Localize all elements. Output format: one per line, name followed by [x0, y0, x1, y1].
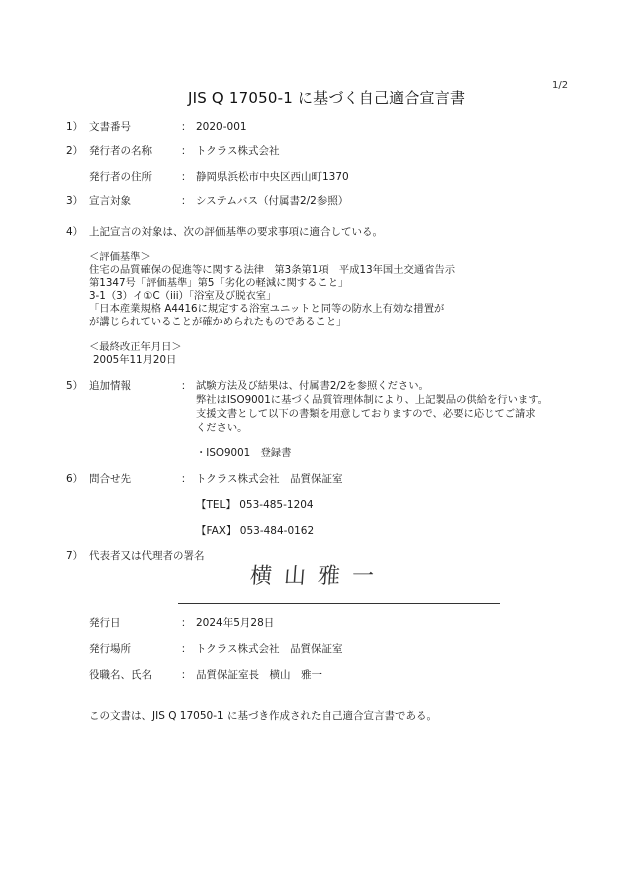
contact-tel: 【TEL】 053-485-1204 — [196, 499, 314, 512]
section-1-colon: ： — [181, 121, 192, 134]
criteria-line: 住宅の品質確保の促進等に関する法律 第3条第1項 平成13年国土交通省告示 — [89, 264, 455, 277]
section-5-number: 5） — [66, 380, 83, 393]
issuer-address-value: 静岡県浜松市中央区西山町1370 — [196, 171, 349, 184]
declaration-target-value: システムバス（付属書2/2参照） — [196, 195, 348, 208]
position-name-label: 役職名、氏名 — [89, 669, 152, 682]
section-7-number: 7） — [66, 550, 83, 563]
signature-line — [178, 603, 500, 604]
section-5-label: 追加情報 — [89, 380, 131, 393]
issue-place-colon: ： — [181, 643, 192, 656]
document-number-value: 2020-001 — [196, 121, 247, 134]
section-6-colon: ： — [181, 473, 192, 486]
section-1-label: 文書番号 — [89, 121, 131, 134]
page-number: 1/2 — [552, 79, 568, 92]
additional-info-line: 支援文書として以下の書類を用意しておりますので、必要に応じてご請求 — [196, 408, 536, 421]
section-2-number: 2） — [66, 145, 83, 158]
issuer-name-value: トクラス株式会社 — [196, 145, 279, 158]
issue-date-colon: ： — [181, 617, 192, 630]
issue-place-value: トクラス株式会社 品質保証室 — [196, 643, 342, 656]
criteria-heading: ＜評価基準＞ — [89, 251, 151, 264]
criteria-line: 3-1（3）イ①C（iii）「浴室及び脱衣室」 — [89, 290, 276, 303]
section-2-label: 発行者の名称 — [89, 145, 152, 158]
section-6-number: 6） — [66, 473, 83, 486]
criteria-line: 第1347号「評価基準」第5「劣化の軽減に関すること」 — [89, 277, 348, 290]
position-name-value: 品質保証室長 横山 雅一 — [196, 669, 322, 682]
additional-info-line: ください。 — [196, 422, 247, 435]
revision-heading: ＜最終改正年月日＞ — [89, 341, 182, 354]
section-2-colon: ： — [181, 145, 192, 158]
iso-registration-bullet: ・ISO9001 登録書 — [196, 447, 291, 460]
revision-date: 2005年11月20日 — [93, 354, 176, 367]
document-title: JIS Q 17050-1 に基づく自己適合宣言書 — [188, 92, 465, 105]
issuer-address-label: 発行者の住所 — [89, 171, 152, 184]
section-4-number: 4） — [66, 226, 83, 239]
section-5-colon: ： — [181, 380, 192, 393]
issue-place-label: 発行場所 — [89, 643, 131, 656]
footer-statement: この文書は、JIS Q 17050-1 に基づき作成された自己適合宣言書である。 — [89, 710, 437, 723]
contact-name-value: トクラス株式会社 品質保証室 — [196, 473, 342, 486]
section-6-label: 問合せ先 — [89, 473, 131, 486]
position-name-colon: ： — [181, 669, 192, 682]
issuer-address-colon: ： — [181, 171, 192, 184]
criteria-line: が講じられていることが確かめられたものであること」 — [89, 316, 346, 329]
additional-info-line: 弊社はISO9001に基づく品質管理体制により、上記製品の供給を行います。 — [196, 394, 548, 407]
section-3-colon: ： — [181, 195, 192, 208]
criteria-line: 「日本産業規格 A4416に規定する浴室ユニットと同等の防水上有効な措置が — [89, 303, 444, 316]
handwritten-signature: 横山雅一 — [250, 570, 387, 583]
section-1-number: 1） — [66, 121, 83, 134]
issue-date-label: 発行日 — [89, 617, 121, 630]
section-4-text: 上記宣言の対象は、次の評価基準の要求事項に適合している。 — [89, 226, 383, 239]
contact-fax: 【FAX】 053-484-0162 — [196, 525, 314, 538]
section-3-label: 宣言対象 — [89, 195, 131, 208]
issue-date-value: 2024年5月28日 — [196, 617, 274, 630]
section-7-label: 代表者又は代理者の署名 — [89, 550, 205, 563]
section-3-number: 3） — [66, 195, 83, 208]
additional-info-line: 試験方法及び結果は、付属書2/2を参照ください。 — [196, 380, 429, 393]
